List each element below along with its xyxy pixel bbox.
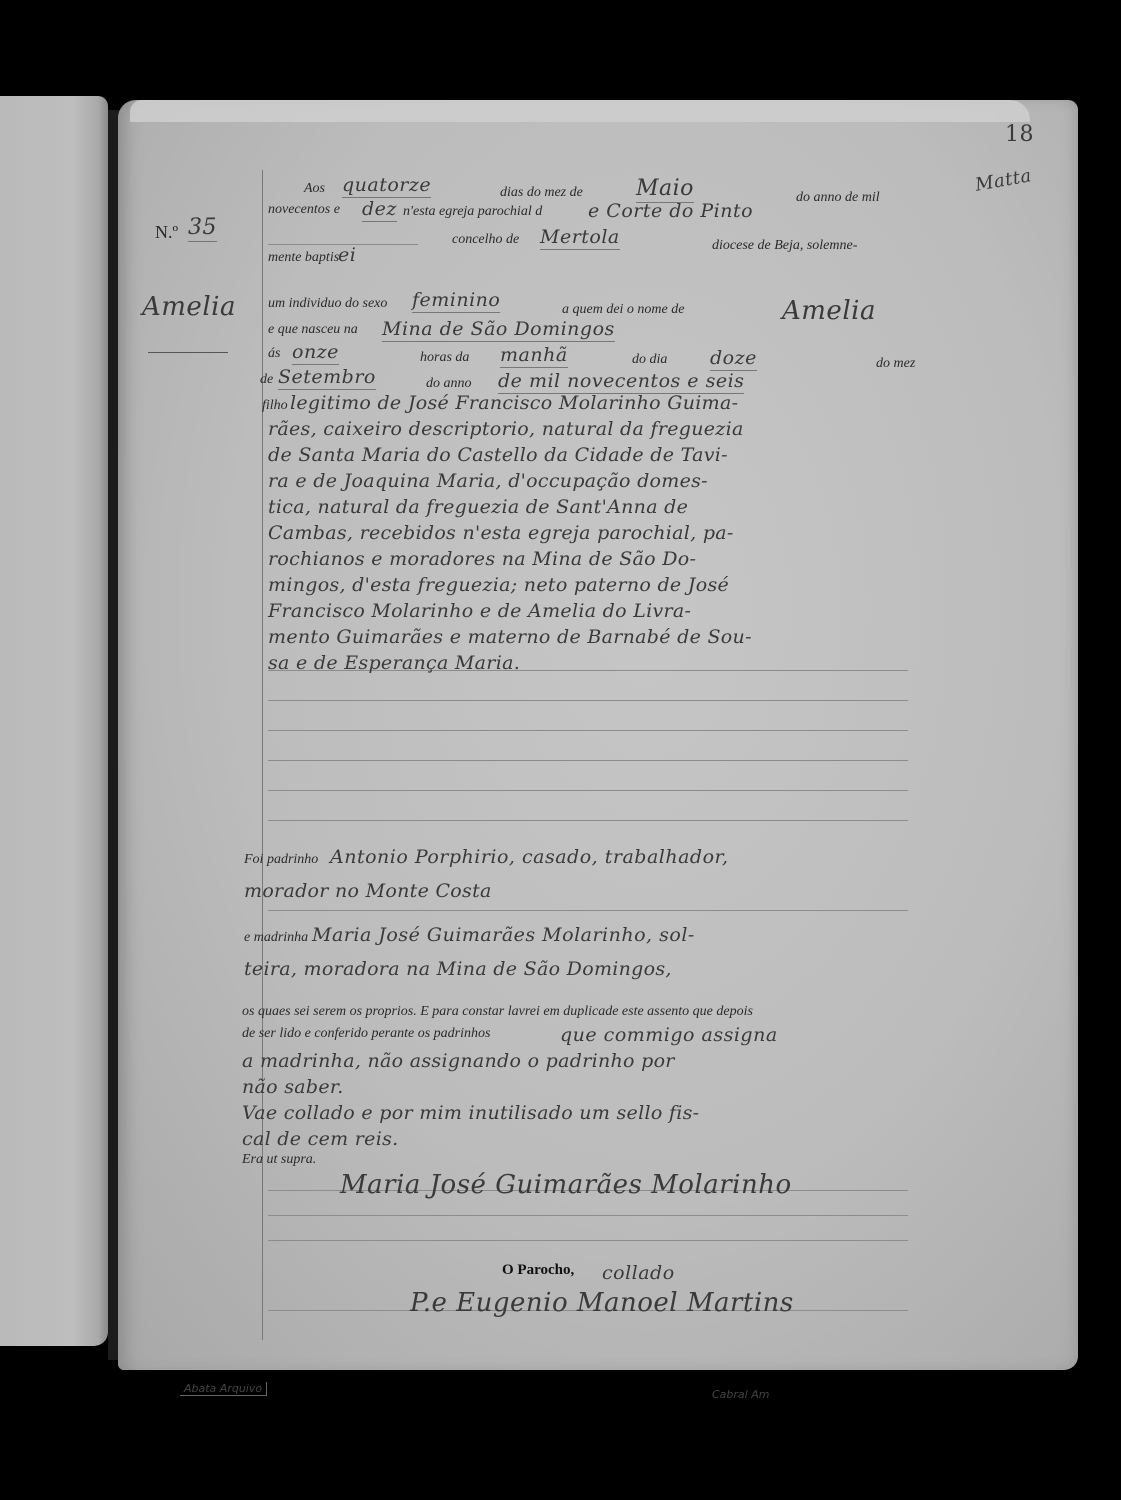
ruled-line [268,1215,908,1216]
filiation-line: Cambas, recebidos n'esta egreja parochia… [268,522,908,544]
record-number-label: N.º [155,222,178,243]
printed-text: do anno de mil [796,190,880,206]
handwritten-text: não saber. [242,1076,882,1098]
printed-text: do anno [426,376,472,392]
handwritten-text: que commigo assigna [560,1024,778,1046]
birth-period: manhã [500,344,568,368]
filiation-line: Francisco Molarinho e de Amelia do Livra… [268,600,908,622]
margin-flourish [148,352,228,353]
filiation-line: mento Guimarães e materno de Barnabé de … [268,626,908,648]
printed-text: novecentos e [268,202,340,218]
child-name: Amelia [782,296,876,326]
printed-text: e madrinha [244,930,308,946]
handwritten-text: collado [602,1262,675,1284]
filiation-line: ra e de Joaquina Maria, d'occupação dome… [268,470,908,492]
folio-number: 18 [1005,122,1034,147]
birth-day: doze [710,347,757,371]
baptism-day: quatorze [342,174,431,198]
handwritten-text: Vae collado e por mim inutilisado um sel… [242,1102,882,1124]
printed-text: do dia [632,352,667,368]
birth-month: Setembro [278,366,376,390]
birthplace: Mina de São Domingos [382,318,615,342]
archive-stamp: Abata Arquivo [180,1382,267,1396]
record-number: 35 [188,215,217,242]
handwritten-text: cal de cem reis. [242,1128,882,1150]
printed-text: Aos [304,181,325,197]
facing-left-page: ) ( ) [0,96,108,1346]
child-sex: feminino [412,289,500,313]
printed-text: Foi padrinho [244,852,318,868]
printed-text: os quaes sei serem os proprios. E para c… [242,1004,753,1020]
baptism-month: Maio [636,176,694,203]
ruled-line [268,1240,908,1241]
godmother-signature: Maria José Guimarães Molarinho [340,1170,792,1200]
printed-text: ás [268,346,280,362]
filiation-line: rochianos e moradores na Mina de São Do- [268,548,908,570]
printed-text: mente baptis [268,250,339,266]
handwritten-text: ei [338,244,356,266]
pencil-note: Cabral Am [712,1388,769,1401]
printed-text: do mez [876,356,915,372]
birth-year: de mil novecentos e seis [498,370,744,394]
printed-text: diocese de Beja, solemne- [712,238,857,254]
ruled-line [268,820,908,821]
margin-child-name: Amelia [142,292,236,322]
ruled-line [268,790,908,791]
printed-text: de [260,372,273,388]
filiation-line: tica, natural da freguezia de Sant'Anna … [268,496,908,518]
filiation-line: sa e de Esperança Maria. [268,652,908,674]
handwritten-text: a madrinha, não assignando o padrinho po… [242,1050,882,1072]
printed-text: n'esta egreja parochial d [403,204,542,220]
printed-text: de ser lido e conferido perante os padri… [242,1026,490,1042]
municipality-name: Mertola [540,226,620,250]
parish-name: e Corte do Pinto [588,200,753,222]
ruled-line [268,700,908,701]
ruled-line [268,910,908,911]
parocho-label: O Parocho, [502,1262,574,1279]
godfather-line: Antonio Porphirio, casado, trabalhador, [330,846,729,868]
printed-text: e que nasceu na [268,322,358,338]
priest-signature: P.e Eugenio Manoel Martins [410,1288,794,1318]
godmother-line: Maria José Guimarães Molarinho, sol- [312,924,695,946]
godfather-line: morador no Monte Costa [244,880,884,902]
baptism-year: dez [362,198,397,222]
filiation-line: legitimo de José Francisco Molarinho Gui… [290,392,930,414]
printed-text: Era ut supra. [242,1152,316,1168]
page-edge [130,100,1030,122]
birth-hour: onze [292,341,339,365]
printed-text: filho [262,398,288,414]
printed-text: a quem dei o nome de [562,302,684,318]
filiation-line: mingos, d'esta freguezia; neto paterno d… [268,574,908,596]
filiation-line: rães, caixeiro descriptorio, natural da … [268,418,908,440]
godmother-line: teira, moradora na Mina de São Domingos, [244,958,884,980]
printed-text: horas da [420,350,469,366]
printed-text: dias do mez de [500,185,583,201]
printed-text: concelho de [452,232,519,248]
ruled-line [268,760,908,761]
printed-text: um individuo do sexo [268,296,387,312]
filiation-line: de Santa Maria do Castello da Cidade de … [268,444,908,466]
ruled-line [268,730,908,731]
